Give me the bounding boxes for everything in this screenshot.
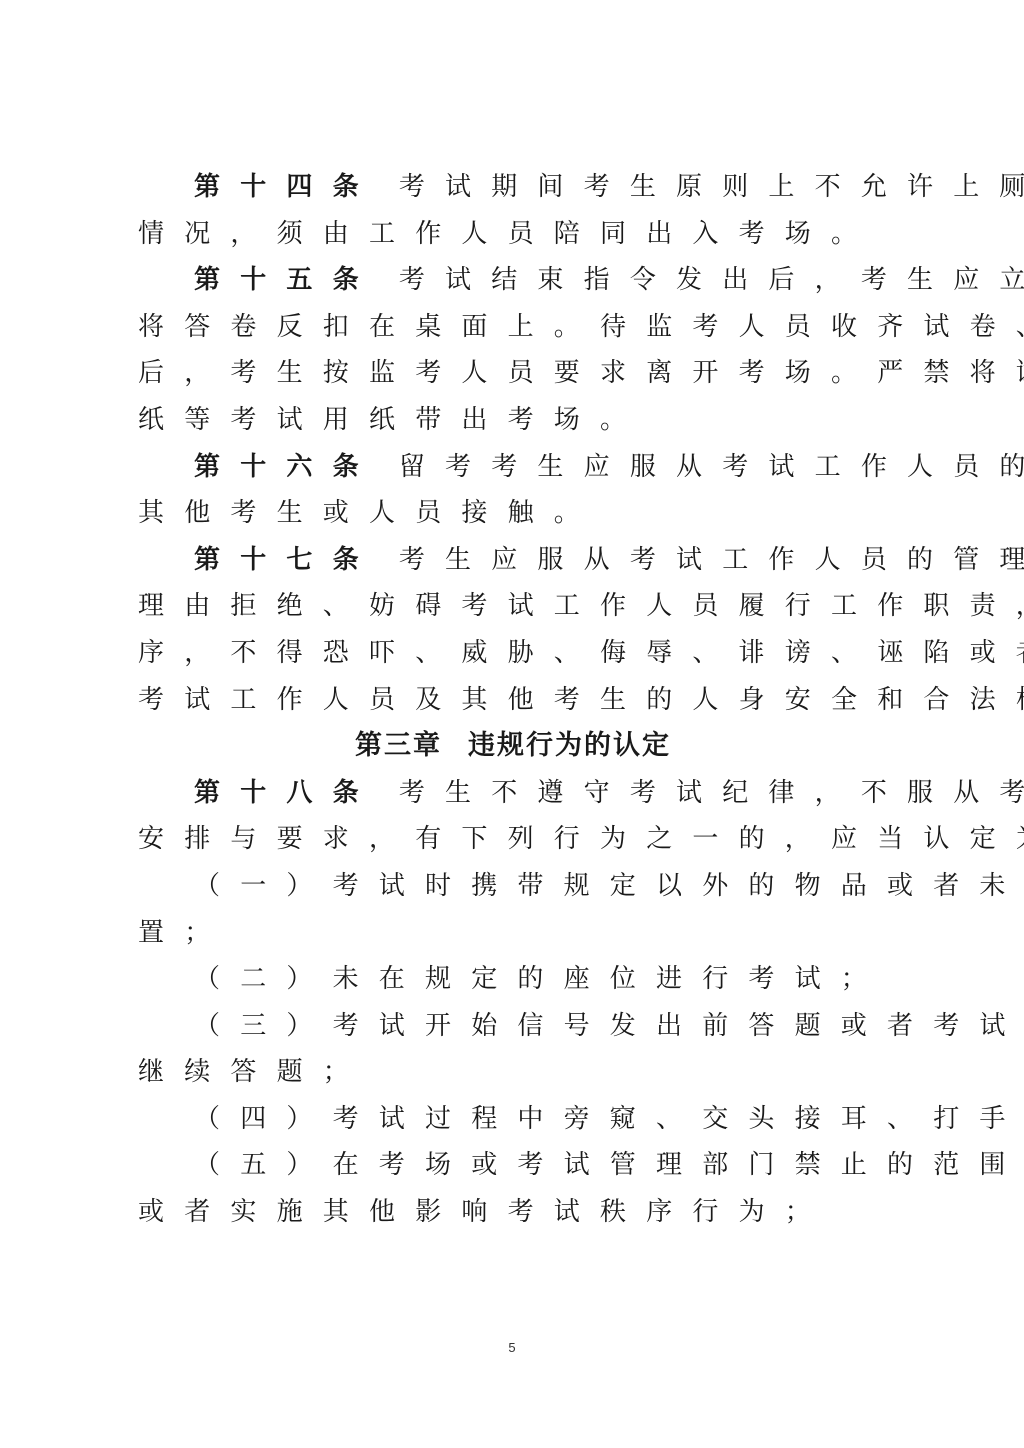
article-17-line-1: 第十七条考生应服从考试工作人员的管理，不得以任何: [138, 537, 888, 584]
article-17-line-3: 序，不得恐吓、威胁、侮辱、诽谤、诬陷或者以其他方式侵害: [138, 630, 888, 677]
page-number: 5: [0, 1340, 1024, 1355]
item-4-line-1: （四）考试过程中旁窥、交头接耳、打手势或做暗号；: [138, 1096, 888, 1143]
article-label: 第十七条: [194, 545, 379, 575]
item-3-line-2: 继续答题；: [138, 1049, 888, 1096]
article-14-line-2: 情况，须由工作人员陪同出入考场。: [138, 211, 888, 258]
article-15-line-1: 第十五条考试结束指令发出后，考生应立即停止答题，: [138, 257, 888, 304]
item-1-line-2: 置；: [138, 910, 888, 957]
article-label: 第十六条: [194, 452, 379, 482]
chapter-title: 违规行为的认定: [468, 730, 671, 761]
chapter-heading: 第三章违规行为的认定: [138, 723, 888, 770]
article-label: 第十四条: [194, 172, 379, 202]
article-18-line-2: 安排与要求，有下列行为之一的，应当认定为违纪：: [138, 816, 888, 863]
article-18-line-1: 第十八条考生不遵守考试纪律，不服从考试工作人员的: [138, 770, 888, 817]
article-text: 考试期间考生原则上不允许上厕所，若遇特殊: [399, 172, 1024, 202]
article-15-line-3: 后，考生按监考人员要求离开考场。严禁将试卷、答卷、草稿: [138, 350, 888, 397]
article-text: 考生应服从考试工作人员的管理，不得以任何: [399, 545, 1024, 575]
article-15-line-4: 纸等考试用纸带出考场。: [138, 397, 888, 444]
article-16-line-2: 其他考生或人员接触。: [138, 490, 888, 537]
item-1-line-1: （一）考试时携带规定以外的物品或者未将其放在指定位: [138, 863, 888, 910]
article-label: 第十五条: [194, 265, 379, 295]
article-16-line-1: 第十六条留考考生应服从考试工作人员的安排，不得与: [138, 444, 888, 491]
article-17-line-4: 考试工作人员及其他考生的人身安全和合法权益。: [138, 677, 888, 724]
article-15-line-2: 将答卷反扣在桌面上。待监考人员收齐试卷、答卷并确认无误: [138, 304, 888, 351]
item-3-line-1: （三）考试开始信号发出前答题或者考试结束信号发出后: [138, 1003, 888, 1050]
item-5-line-2: 或者实施其他影响考试秩序行为；: [138, 1189, 888, 1236]
article-14-line-1: 第十四条考试期间考生原则上不允许上厕所，若遇特殊: [138, 164, 888, 211]
item-2-line-1: （二）未在规定的座位进行考试；: [138, 956, 888, 1003]
article-text: 考生不遵守考试纪律，不服从考试工作人员的: [399, 778, 1024, 808]
article-label: 第十八条: [194, 778, 379, 808]
article-text: 留考考生应服从考试工作人员的安排，不得与: [399, 452, 1024, 482]
item-5-line-1: （五）在考场或考试管理部门禁止的范围内，喧哗、吸烟: [138, 1142, 888, 1189]
article-text: 考试结束指令发出后，考生应立即停止答题，: [399, 265, 1024, 295]
chapter-number: 第三章: [355, 730, 442, 761]
article-17-line-2: 理由拒绝、妨碍考试工作人员履行工作职责，不得扰乱考场秩: [138, 583, 888, 630]
document-page: 第十四条考试期间考生原则上不允许上厕所，若遇特殊 情况，须由工作人员陪同出入考场…: [138, 164, 888, 1236]
